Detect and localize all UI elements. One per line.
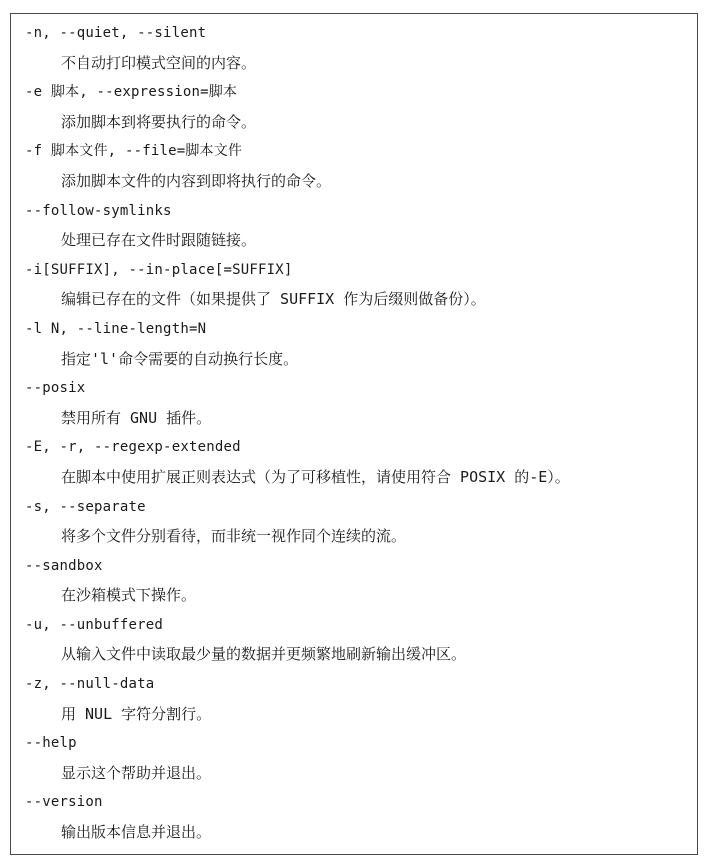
option-description: 将多个文件分别看待，而非统一视作同个连续的流。 — [17, 522, 691, 552]
option-flags: -E, -r, --regexp-extended — [17, 433, 691, 463]
option-description: 从输入文件中读取最少量的数据并更频繁地刷新输出缓冲区。 — [17, 640, 691, 670]
option-flags: -z, --null-data — [17, 670, 691, 700]
option-entry: -f 脚本文件, --file=脚本文件 添加脚本文件的内容到即将执行的命令。 — [17, 137, 691, 196]
option-entry: -u, --unbuffered 从输入文件中读取最少量的数据并更频繁地刷新输出… — [17, 611, 691, 670]
option-entry: -l N, --line-length=N 指定'l'命令需要的自动换行长度。 — [17, 315, 691, 374]
option-description: 指定'l'命令需要的自动换行长度。 — [17, 345, 691, 375]
option-description: 输出版本信息并退出。 — [17, 818, 691, 848]
options-panel: -n, --quiet, --silent 不自动打印模式空间的内容。 -e 脚… — [10, 13, 698, 855]
option-description: 处理已存在文件时跟随链接。 — [17, 226, 691, 256]
option-flags: -u, --unbuffered — [17, 611, 691, 641]
option-description: 用 NUL 字符分割行。 — [17, 700, 691, 730]
option-entry: --posix 禁用所有 GNU 插件。 — [17, 374, 691, 433]
option-entry: -E, -r, --regexp-extended 在脚本中使用扩展正则表达式（… — [17, 433, 691, 492]
option-flags: -s, --separate — [17, 493, 691, 523]
option-description: 禁用所有 GNU 插件。 — [17, 404, 691, 434]
option-flags: --follow-symlinks — [17, 197, 691, 227]
option-flags: -e 脚本, --expression=脚本 — [17, 78, 691, 108]
option-entry: -s, --separate 将多个文件分别看待，而非统一视作同个连续的流。 — [17, 493, 691, 552]
option-flags: -n, --quiet, --silent — [17, 19, 691, 49]
option-flags: --posix — [17, 374, 691, 404]
option-entry: --sandbox 在沙箱模式下操作。 — [17, 552, 691, 611]
option-flags: -l N, --line-length=N — [17, 315, 691, 345]
option-flags: --help — [17, 729, 691, 759]
option-flags: --sandbox — [17, 552, 691, 582]
option-entry: --help 显示这个帮助并退出。 — [17, 729, 691, 788]
option-description: 添加脚本到将要执行的命令。 — [17, 108, 691, 138]
option-flags: -i[SUFFIX], --in-place[=SUFFIX] — [17, 256, 691, 286]
option-entry: --version 输出版本信息并退出。 — [17, 788, 691, 847]
option-description: 显示这个帮助并退出。 — [17, 759, 691, 789]
option-entry: --follow-symlinks 处理已存在文件时跟随链接。 — [17, 197, 691, 256]
option-entry: -n, --quiet, --silent 不自动打印模式空间的内容。 — [17, 19, 691, 78]
option-entry: -i[SUFFIX], --in-place[=SUFFIX] 编辑已存在的文件… — [17, 256, 691, 315]
option-description: 不自动打印模式空间的内容。 — [17, 49, 691, 79]
option-description: 编辑已存在的文件（如果提供了 SUFFIX 作为后缀则做备份）。 — [17, 285, 691, 315]
option-description: 添加脚本文件的内容到即将执行的命令。 — [17, 167, 691, 197]
option-entry: -e 脚本, --expression=脚本 添加脚本到将要执行的命令。 — [17, 78, 691, 137]
option-flags: --version — [17, 788, 691, 818]
option-flags: -f 脚本文件, --file=脚本文件 — [17, 137, 691, 167]
option-description: 在沙箱模式下操作。 — [17, 581, 691, 611]
option-entry: -z, --null-data 用 NUL 字符分割行。 — [17, 670, 691, 729]
option-description: 在脚本中使用扩展正则表达式（为了可移植性，请使用符合 POSIX 的-E）。 — [17, 463, 691, 493]
